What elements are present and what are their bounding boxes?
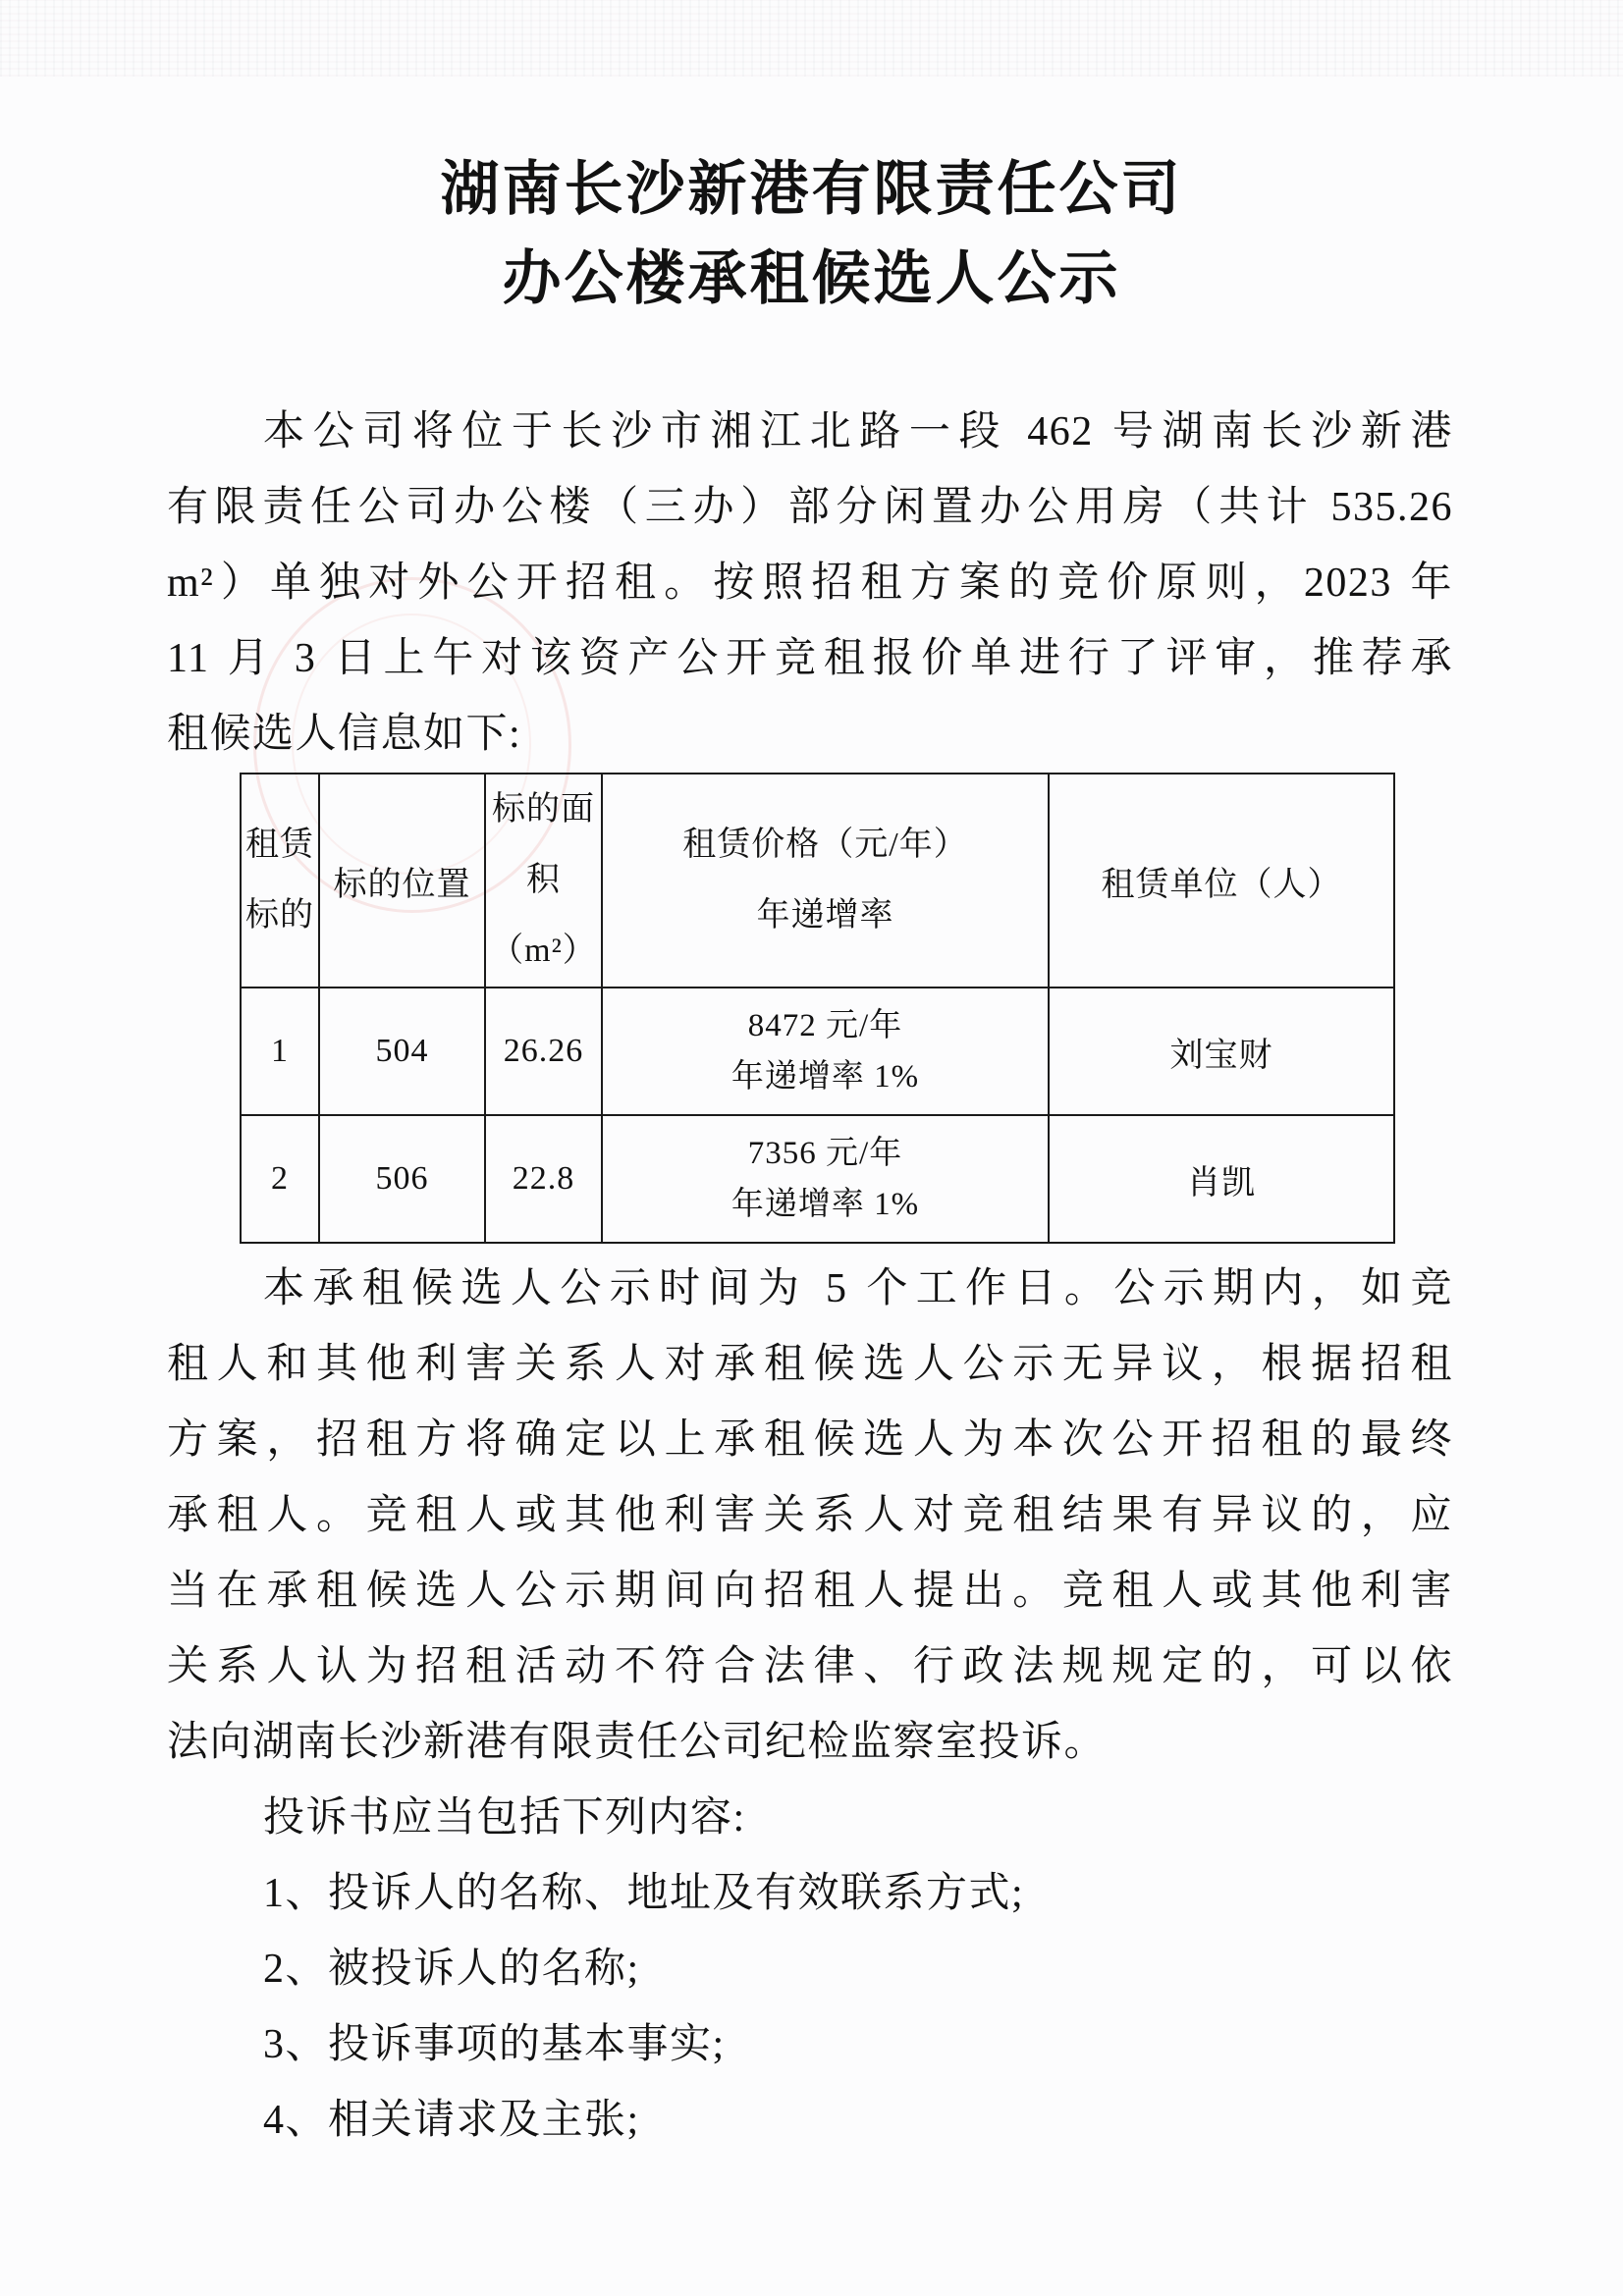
- cell-price: 8472 元/年 年递增率 1%: [602, 988, 1049, 1115]
- cell-price: 7356 元/年 年递增率 1%: [602, 1115, 1049, 1243]
- list-item: 3、投诉事项的基本事实;: [167, 2007, 1453, 2083]
- body-line: 关系人认为招租活动不符合法律、行政法规规定的，可以依: [167, 1629, 1453, 1705]
- paragraph-1: 本公司将位于长沙市湘江北路一段 462 号湖南长沙新港 有限责任公司办公楼（三办…: [167, 395, 1453, 773]
- header-cell-rental-price: 租赁价格（元/年） 年递增率: [602, 774, 1049, 988]
- header-text: 租赁: [242, 810, 318, 881]
- body-line: 本承租候选人公示时间为 5 个工作日。公示期内，如竞: [167, 1252, 1453, 1327]
- document-title-line2: 办公楼承租候选人公示: [0, 235, 1623, 324]
- body-line: 有限责任公司办公楼（三办）部分闲置办公用房（共计 535.26: [167, 470, 1453, 546]
- header-text: （m²）: [486, 916, 601, 987]
- body-line: 当在承租候选人公示期间向招租人提出。竞租人或其他利害: [167, 1554, 1453, 1629]
- cell-area: 22.8: [485, 1115, 602, 1243]
- header-text: 年递增率: [603, 881, 1048, 951]
- body-line: 法向湖南长沙新港有限责任公司纪检监察室投诉。: [167, 1705, 1453, 1781]
- header-cell-subject-location: 标的位置: [319, 774, 485, 988]
- cell-tenant: 肖凯: [1049, 1115, 1394, 1243]
- body-line: m²）单独对外公开招租。按照招租方案的竞价原则，2023 年: [167, 546, 1453, 621]
- cell-tenant: 刘宝财: [1049, 988, 1394, 1115]
- annual-increase-rate: 年递增率 1%: [603, 1179, 1048, 1230]
- annual-increase-rate: 年递增率 1%: [603, 1051, 1048, 1102]
- scan-noise-band: [0, 0, 1623, 77]
- body-line: 本公司将位于长沙市湘江北路一段 462 号湖南长沙新港: [167, 395, 1453, 470]
- cell-rental-no: 1: [241, 988, 319, 1115]
- header-cell-subject-area: 标的面积 （m²）: [485, 774, 602, 988]
- body-line: 11 月 3 日上午对该资产公开竞租报价单进行了评审，推荐承: [167, 621, 1453, 697]
- body-line: 租候选人信息如下:: [167, 697, 1453, 773]
- paragraph-2: 本承租候选人公示时间为 5 个工作日。公示期内，如竞 租人和其他利害关系人对承租…: [167, 1252, 1453, 1781]
- paragraph-3: 投诉书应当包括下列内容:: [167, 1781, 1453, 1856]
- list-item: 4、相关请求及主张;: [167, 2083, 1453, 2159]
- rental-candidates-table: 租赁 标的 标的位置 标的面积 （m²） 租赁价格（元/年） 年递增率 租赁单位…: [240, 773, 1395, 1244]
- header-text: 租赁价格（元/年）: [603, 810, 1048, 881]
- list-item: 2、被投诉人的名称;: [167, 1932, 1453, 2007]
- header-text: 租赁单位（人）: [1102, 867, 1342, 903]
- table-header-row: 租赁 标的 标的位置 标的面积 （m²） 租赁价格（元/年） 年递增率 租赁单位…: [241, 774, 1394, 988]
- cell-location: 506: [319, 1115, 485, 1243]
- price-per-year: 7356 元/年: [603, 1128, 1048, 1179]
- table-row: 2 506 22.8 7356 元/年 年递增率 1% 肖凯: [241, 1115, 1394, 1243]
- header-text: 标的面积: [486, 774, 601, 916]
- price-per-year: 8472 元/年: [603, 1000, 1048, 1051]
- document-title-line1: 湖南长沙新港有限责任公司: [0, 145, 1623, 235]
- header-text: 标的: [242, 881, 318, 951]
- complaint-items-list: 1、投诉人的名称、地址及有效联系方式; 2、被投诉人的名称; 3、投诉事项的基本…: [167, 1856, 1453, 2159]
- list-item: 1、投诉人的名称、地址及有效联系方式;: [167, 1856, 1453, 1932]
- cell-area: 26.26: [485, 988, 602, 1115]
- body-line: 方案，招租方将确定以上承租候选人为本次公开招租的最终: [167, 1403, 1453, 1478]
- table-row: 1 504 26.26 8472 元/年 年递增率 1% 刘宝财: [241, 988, 1394, 1115]
- header-cell-rental-subject: 租赁 标的: [241, 774, 319, 988]
- cell-rental-no: 2: [241, 1115, 319, 1243]
- cell-location: 504: [319, 988, 485, 1115]
- scanned-document-page: 湖南长沙新港有限责任公司 办公楼承租候选人公示 本公司将位于长沙市湘江北路一段 …: [0, 0, 1623, 2296]
- body-line: 承租人。竞租人或其他利害关系人对竞租结果有异议的，应: [167, 1478, 1453, 1554]
- header-text: 标的位置: [334, 867, 471, 903]
- body-line: 租人和其他利害关系人对承租候选人公示无异议，根据招租: [167, 1327, 1453, 1403]
- document-body: 本公司将位于长沙市湘江北路一段 462 号湖南长沙新港 有限责任公司办公楼（三办…: [167, 395, 1453, 2159]
- header-cell-rental-tenant: 租赁单位（人）: [1049, 774, 1394, 988]
